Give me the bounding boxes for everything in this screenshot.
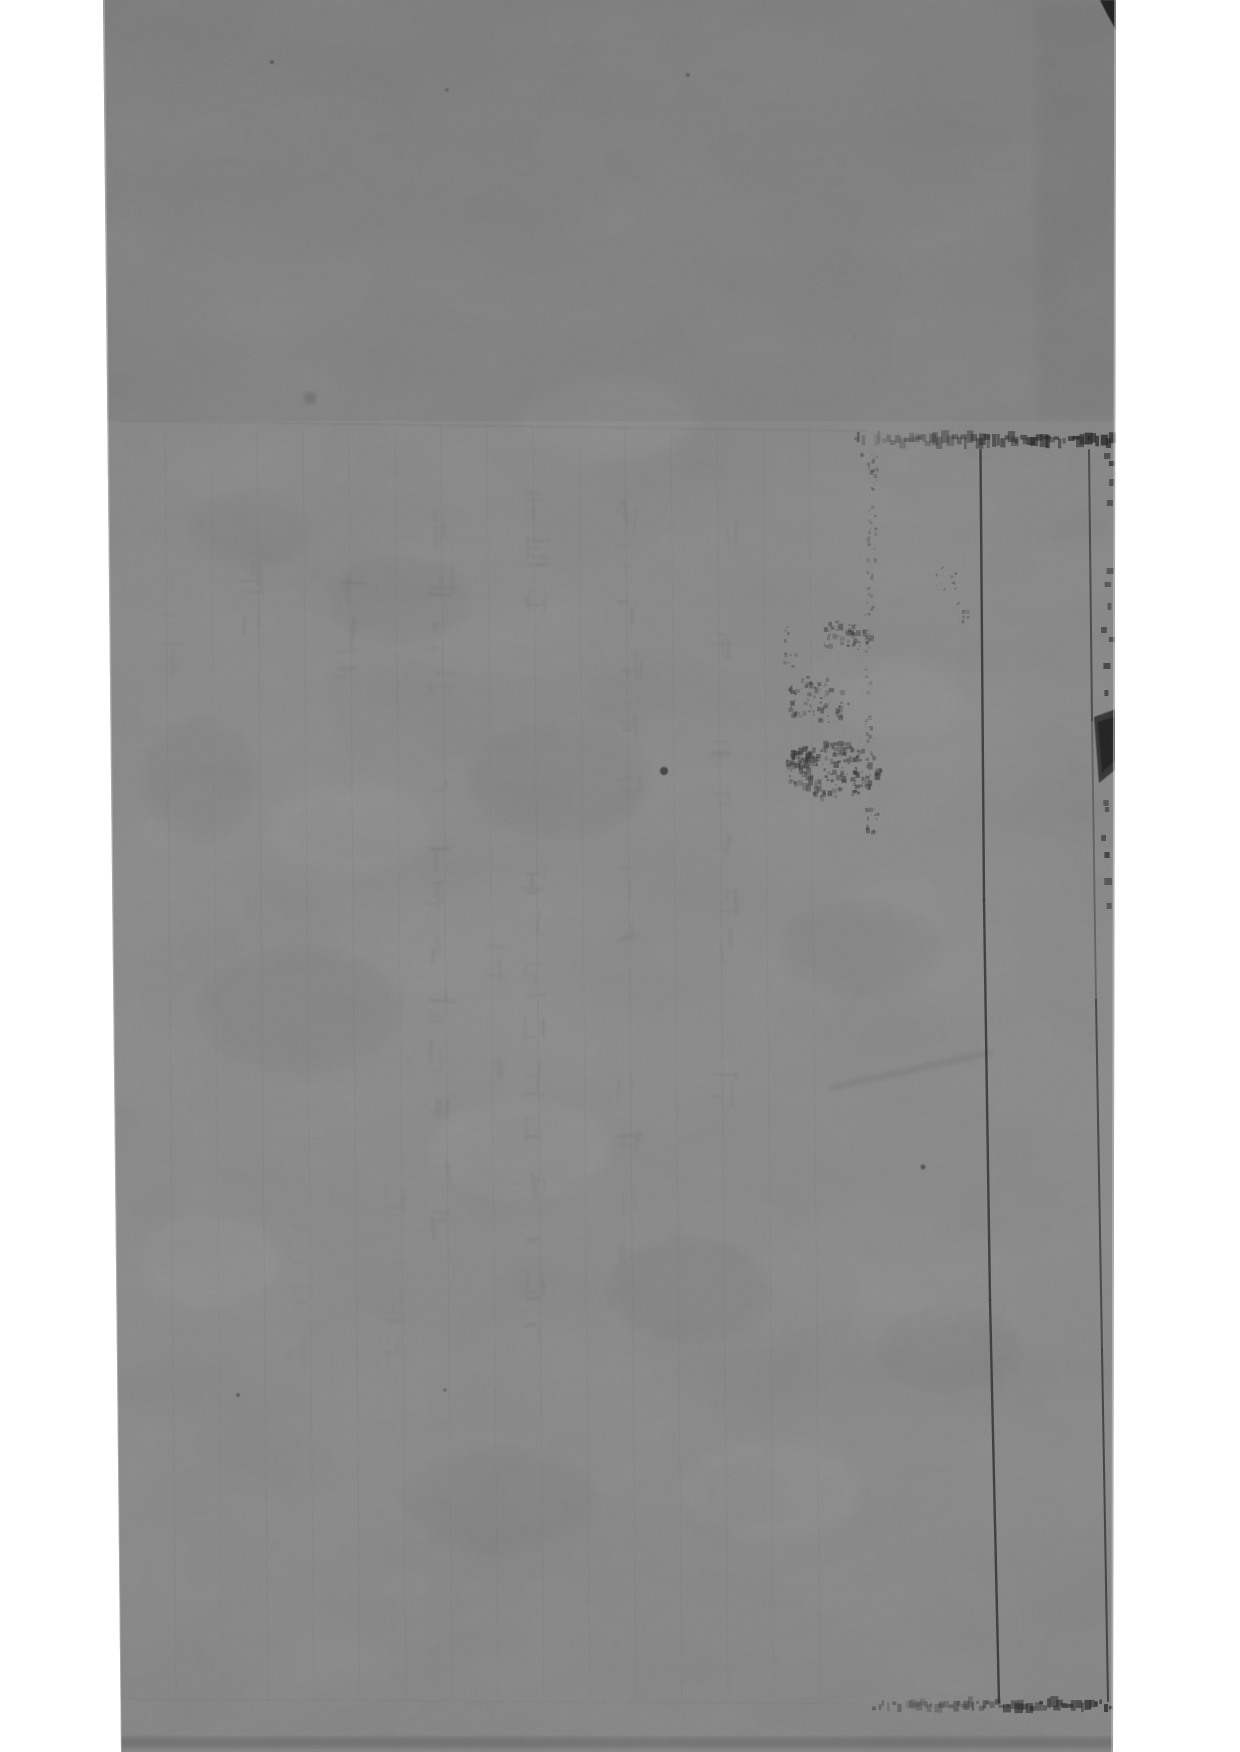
paper-grain-fine (90, 0, 1130, 1752)
bottom-shadow (90, 1737, 1130, 1748)
page-artwork (0, 0, 1240, 1752)
scan-root (0, 0, 1240, 1752)
paper-sheet (90, 0, 1130, 1752)
